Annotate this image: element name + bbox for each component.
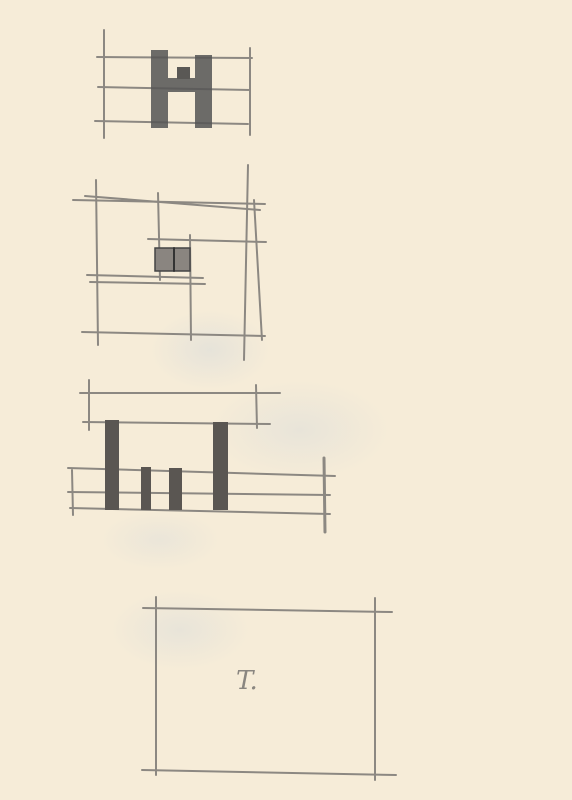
- frame-label: T.: [236, 666, 258, 696]
- sketch-drawing: [0, 0, 572, 800]
- sketch-3-columns: [105, 420, 228, 510]
- sketch-2-block: [155, 248, 190, 271]
- paper-sheet: T.: [0, 0, 572, 800]
- sketch-4-frame: [142, 597, 396, 780]
- sketch-1-block: [151, 50, 212, 128]
